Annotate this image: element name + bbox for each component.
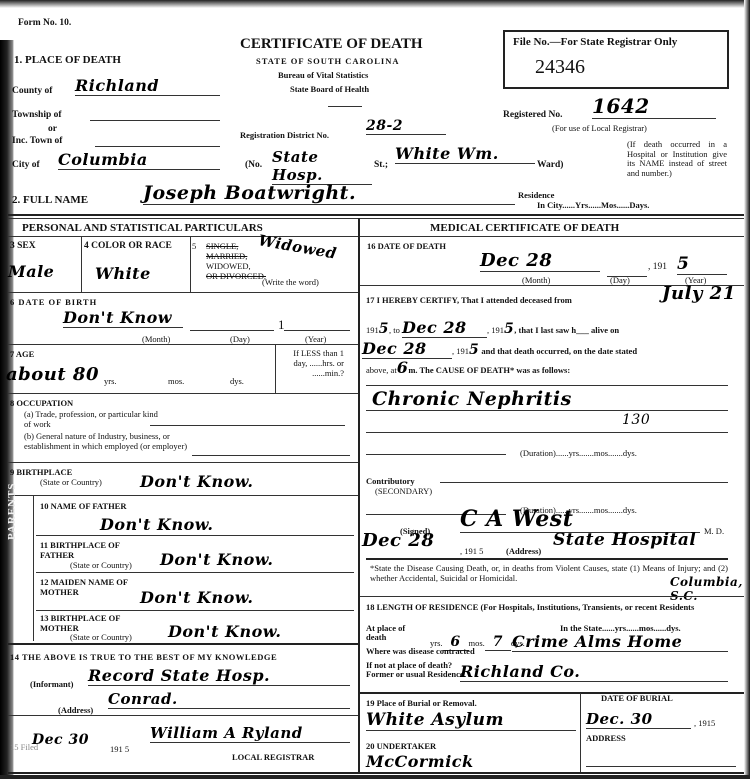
duration-primary: (Duration)......yrs.......mos.......dys. bbox=[520, 448, 637, 458]
certificate-title: CERTIFICATE OF DEATH bbox=[240, 36, 423, 53]
medical-heading: MEDICAL CERTIFICATE OF DEATH bbox=[430, 222, 619, 234]
township-label: Township of bbox=[12, 110, 62, 120]
burial-date-label: DATE OF BURIAL bbox=[601, 693, 673, 703]
filed-year: 191 5 bbox=[110, 744, 129, 754]
local-registrar-label: LOCAL REGISTRAR bbox=[232, 752, 314, 762]
or-label: or bbox=[48, 124, 57, 134]
mother-birthplace-label: 13 BIRTHPLACE OF MOTHER bbox=[40, 614, 150, 633]
age-label: 7 AGE bbox=[10, 349, 34, 359]
personal-heading: PERSONAL AND STATISTICAL PARTICULARS bbox=[22, 222, 263, 234]
mother-name-field[interactable]: Don't Know. bbox=[140, 588, 253, 607]
place-of-death-heading: 1. PLACE OF DEATH bbox=[14, 54, 121, 66]
former-residence-field[interactable]: Richland Co. bbox=[460, 662, 728, 682]
attended-line-2: 1915, to Dec 28, 1915, that I last saw h… bbox=[366, 318, 619, 338]
form-number: Form No. 10. bbox=[18, 18, 71, 28]
ward-field[interactable]: White Wm. bbox=[395, 144, 535, 164]
street-no-label: (No. bbox=[245, 160, 262, 170]
st-label: St.; bbox=[374, 160, 388, 170]
attended-line-3: Dec 28, 1915 and that death occurred, on… bbox=[362, 339, 637, 359]
file-number-value: 24346 bbox=[535, 56, 585, 79]
attended-from-field[interactable]: July 21 bbox=[662, 283, 736, 304]
county-label: County of bbox=[12, 86, 52, 96]
residence-in-city: In City......Yrs......Mos......Days. bbox=[537, 200, 649, 210]
scan-edge-left bbox=[0, 40, 14, 779]
certify-text: 17 I HEREBY CERTIFY, That I attended dec… bbox=[366, 295, 572, 305]
residence-dys-field[interactable]: 7 bbox=[485, 634, 511, 651]
residence-heading: 18 LENGTH OF RESIDENCE (For Hospitals, I… bbox=[366, 602, 736, 612]
birthplace-field[interactable]: Don't Know. bbox=[140, 472, 253, 491]
race-label: 4 COLOR OR RACE bbox=[84, 241, 172, 251]
sex-field[interactable]: Male bbox=[8, 262, 54, 281]
physician-city: Columbia, S.C. bbox=[670, 575, 750, 603]
burial-date-field[interactable]: Dec. 30 bbox=[586, 710, 691, 729]
physician-signature[interactable]: C A West bbox=[460, 506, 700, 533]
hospital-note: (If death occurred in a Hospital or Inst… bbox=[627, 140, 727, 178]
undertaker-address-label: ADDRESS bbox=[586, 733, 626, 743]
registered-field[interactable]: 1642 bbox=[592, 94, 716, 119]
undertaker-label: 20 UNDERTAKER bbox=[366, 741, 436, 751]
mother-name-label: 12 MAIDEN NAME OF MOTHER bbox=[40, 578, 150, 597]
death-time-field[interactable]: 6 bbox=[397, 358, 409, 377]
scan-edge-bottom bbox=[0, 775, 750, 779]
father-birthplace-field[interactable]: Don't Know. bbox=[160, 550, 273, 569]
dob-day-field[interactable] bbox=[190, 320, 274, 331]
physician-address-field[interactable]: State Hospital bbox=[553, 530, 696, 550]
full-name-field[interactable]: Joseph Boatwright. bbox=[143, 182, 515, 205]
district-label: Registration District No. bbox=[240, 130, 329, 140]
birthplace-label: 9 BIRTHPLACE bbox=[10, 467, 72, 477]
cause-of-death-field[interactable]: Chronic Nephritis bbox=[372, 388, 572, 410]
parents-label: PARENTS bbox=[6, 482, 18, 540]
occupation-trade-field[interactable] bbox=[150, 419, 345, 426]
informant-field[interactable]: Record State Hosp. bbox=[88, 666, 350, 686]
burial-place-label: 19 Place of Burial or Removal. bbox=[366, 698, 477, 708]
city-field[interactable]: Columbia bbox=[58, 150, 220, 170]
less-than-day: If LESS than 1 day, ......hrs. or ......… bbox=[282, 348, 344, 378]
board-name: State Board of Health bbox=[290, 84, 369, 94]
occupation-label: 8 OCCUPATION bbox=[10, 398, 73, 408]
undertaker-address-field[interactable] bbox=[586, 762, 736, 767]
attended-to-field[interactable]: Dec 28 bbox=[402, 318, 487, 338]
dob-month-field[interactable]: Don't Know bbox=[63, 308, 183, 328]
mother-birthplace-field[interactable]: Don't Know. bbox=[168, 622, 281, 641]
dob-label: 6 DATE OF BIRTH bbox=[10, 297, 97, 307]
local-registrar-note: (For use of Local Registrar) bbox=[552, 123, 647, 133]
cause-code: 130 bbox=[622, 412, 650, 428]
father-name-label: 10 NAME OF FATHER bbox=[40, 502, 130, 512]
last-seen-field[interactable]: Dec 28 bbox=[362, 339, 452, 359]
attended-line-4: above, at6m. The CAUSE OF DEATH* was as … bbox=[366, 358, 570, 377]
town-label: Inc. Town of bbox=[12, 136, 62, 146]
age-field[interactable]: about 80 bbox=[6, 364, 99, 385]
ward-label: Ward) bbox=[537, 160, 563, 170]
burial-place-field[interactable]: White Asylum bbox=[366, 710, 576, 731]
cause-secondary-line[interactable] bbox=[366, 448, 506, 455]
street-field[interactable]: State Hosp. bbox=[272, 148, 372, 185]
sex-label: 3 SEX bbox=[10, 241, 36, 251]
father-name-field[interactable]: Don't Know. bbox=[100, 515, 213, 534]
town-field[interactable] bbox=[95, 136, 220, 147]
district-field[interactable]: 28-2 bbox=[366, 118, 446, 135]
bureau-name: Bureau of Vital Statistics bbox=[278, 70, 368, 80]
residence-label: Residence bbox=[518, 190, 554, 200]
full-name-label: 2. FULL NAME bbox=[12, 194, 88, 206]
date-of-death-label: 16 DATE OF DEATH bbox=[367, 241, 446, 251]
dob-year-field[interactable] bbox=[284, 320, 350, 331]
township-field[interactable] bbox=[90, 110, 220, 121]
scan-edge-top bbox=[0, 0, 750, 8]
file-number-box: File No.—For State Registrar Only 24346 bbox=[503, 30, 729, 89]
registrar-signature[interactable]: William A Ryland bbox=[150, 724, 350, 743]
file-number-label: File No.—For State Registrar Only bbox=[513, 36, 677, 48]
race-field[interactable]: White bbox=[95, 264, 151, 283]
city-label: City of bbox=[12, 160, 40, 170]
registered-label: Registered No. bbox=[503, 110, 562, 120]
death-month-field[interactable]: Dec 28 bbox=[480, 250, 600, 272]
true-statement: 14 THE ABOVE IS TRUE TO THE BEST OF MY K… bbox=[10, 652, 277, 662]
father-birthplace-label: 11 BIRTHPLACE OF FATHER bbox=[40, 541, 150, 560]
death-year-field[interactable]: 5 bbox=[677, 254, 727, 275]
scan-edge-right bbox=[744, 0, 750, 779]
county-field[interactable]: Richland bbox=[75, 76, 220, 96]
signed-date-field[interactable]: Dec 28 bbox=[362, 530, 434, 551]
undertaker-field[interactable]: McCormick bbox=[366, 752, 474, 771]
disease-contracted-field[interactable]: Crime Alms Home bbox=[512, 632, 728, 652]
occupation-industry-field[interactable] bbox=[192, 449, 350, 456]
write-word-note: (Write the word) bbox=[262, 277, 319, 287]
contributory-field[interactable] bbox=[440, 476, 728, 483]
state-name: STATE OF SOUTH CAROLINA bbox=[256, 56, 400, 66]
informant-address-field[interactable]: Conrad. bbox=[108, 690, 350, 709]
filed-date-field[interactable]: Dec 30 bbox=[32, 732, 89, 748]
